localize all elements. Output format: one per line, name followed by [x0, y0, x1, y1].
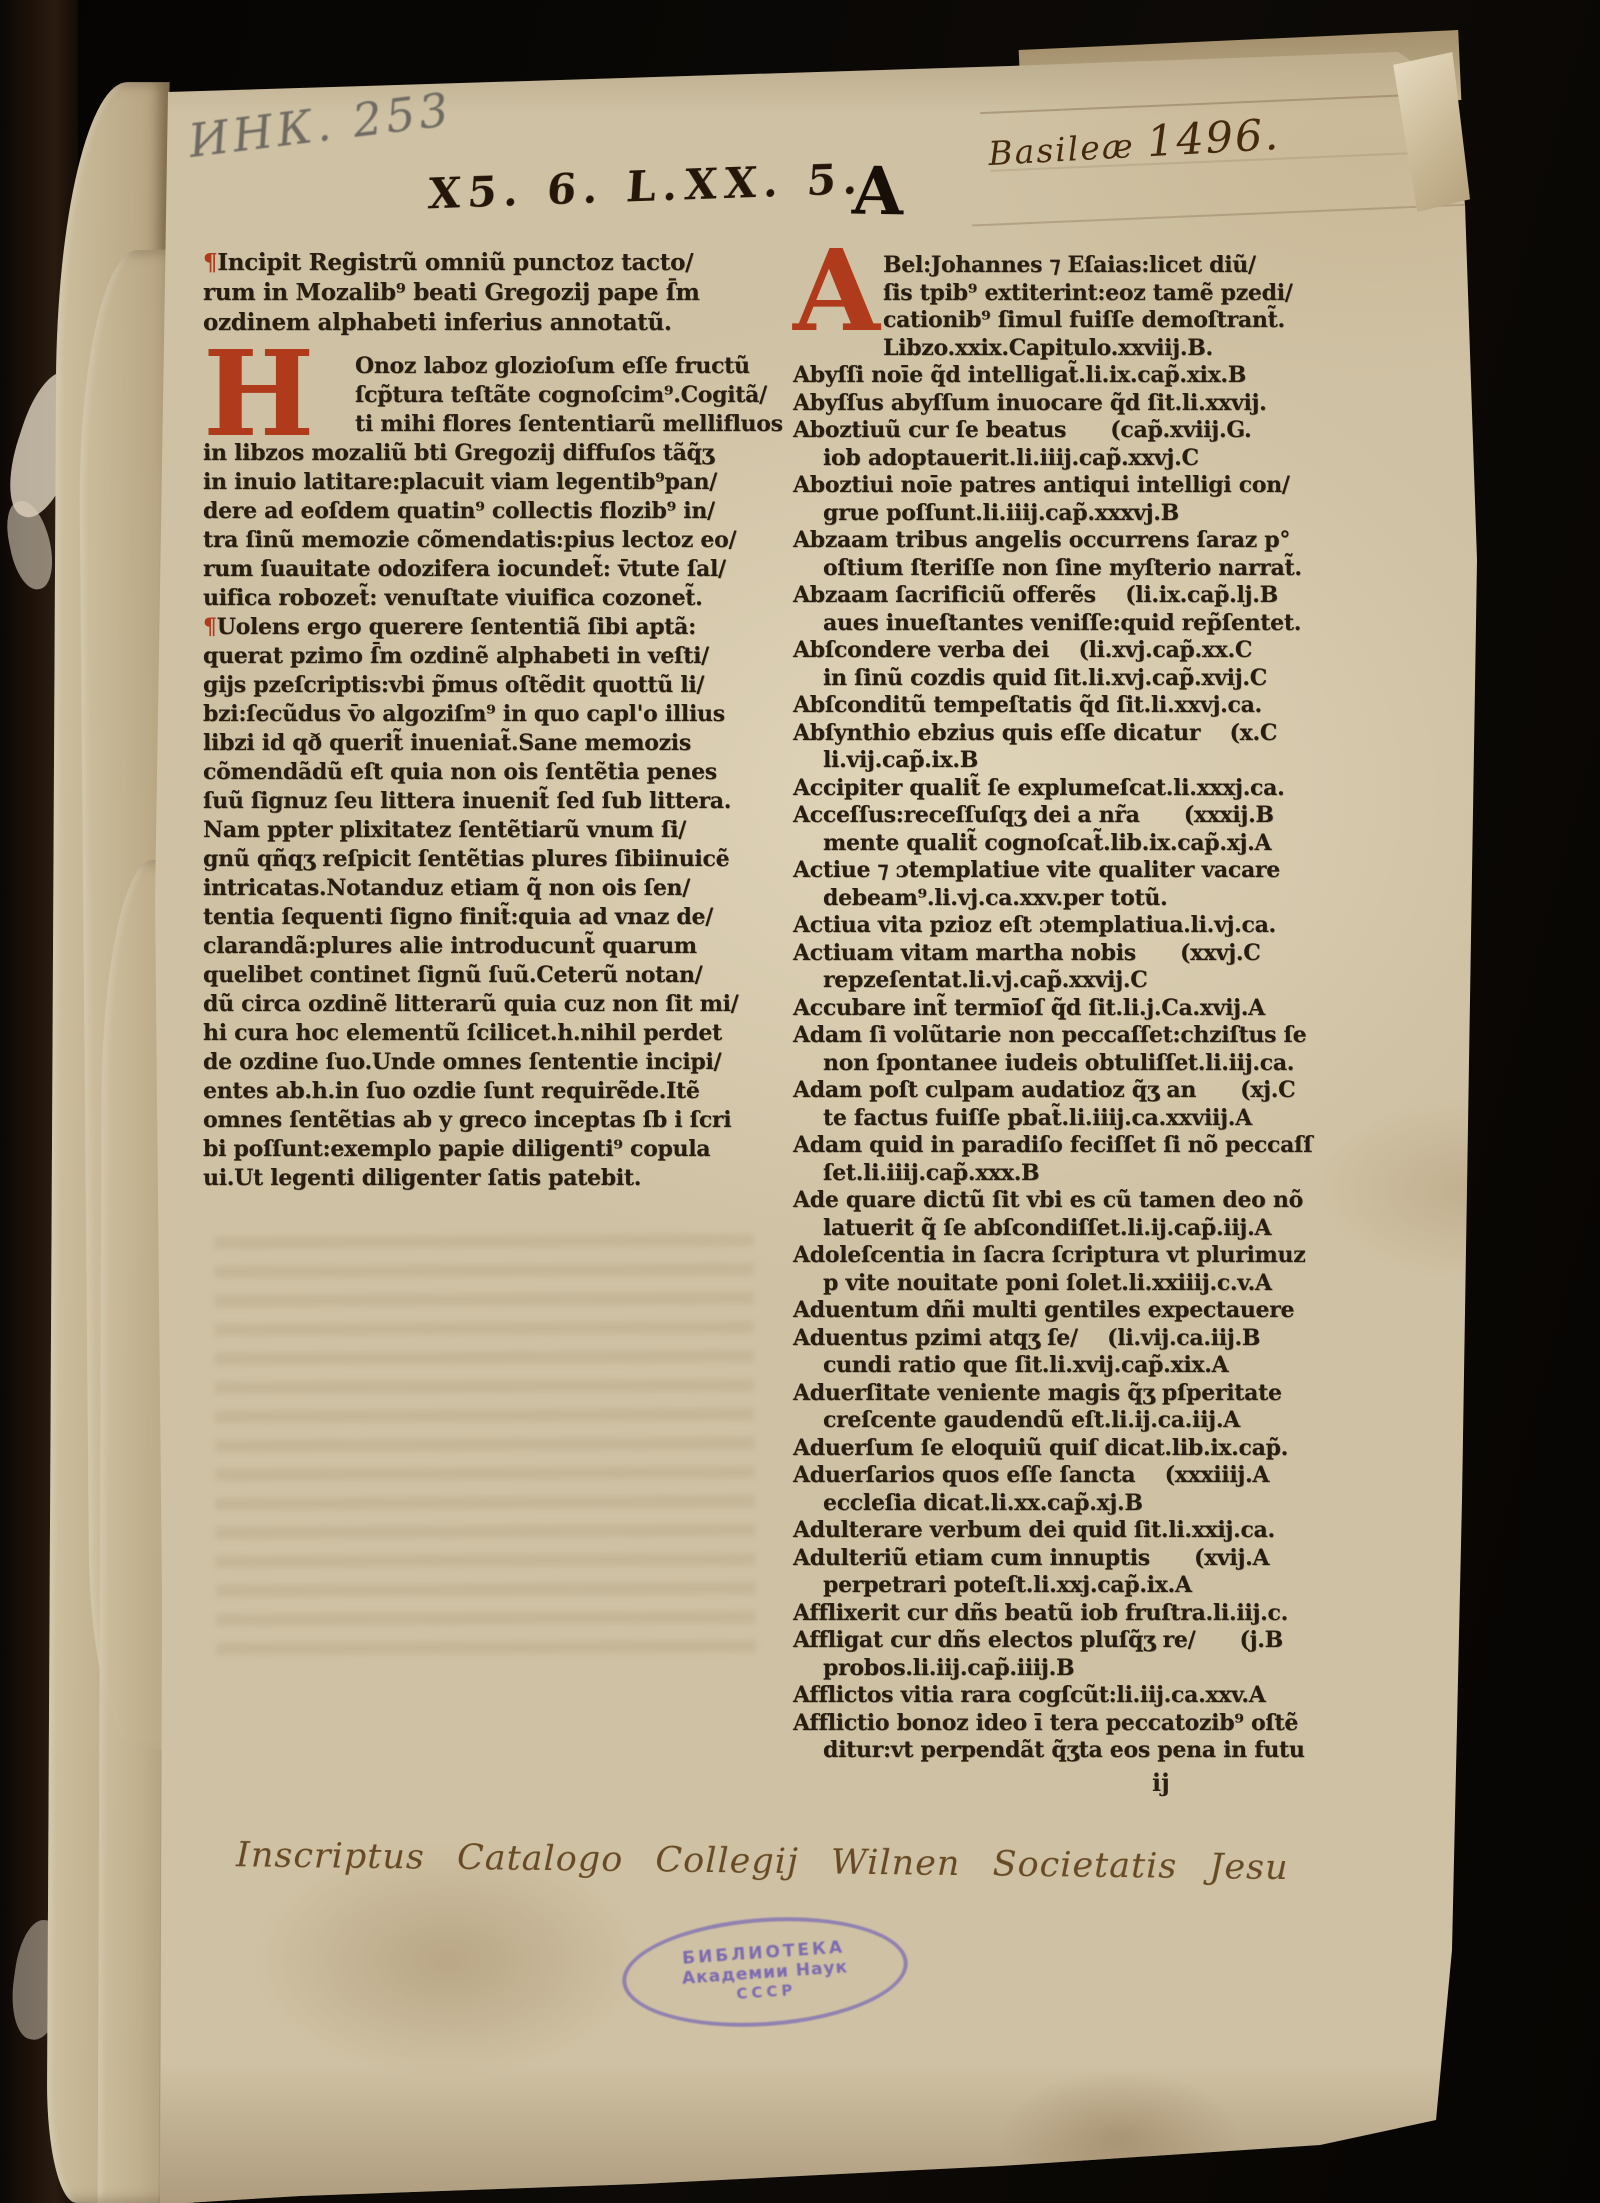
text-line: p vite nouitate poni ſolet.li.xxiiij.c.v… — [793, 1270, 1393, 1298]
text-line: Actiuam vitam martha nobis (xxvj.C — [793, 940, 1393, 968]
text-line: non ſpontanee iudeis obtuliſſet.li.iij.c… — [793, 1050, 1393, 1078]
paper-crease — [972, 204, 1472, 227]
text-line: ui.Ut legenti diligenter ſatis patebit. — [203, 1164, 771, 1193]
text-line: Actiue ⁊ ɔtemplatiue vite qualiter vacar… — [793, 857, 1393, 885]
rubric-paragraph-mark: ¶ — [203, 249, 217, 276]
text-line: Adam poſt culpam audatioz q̃ʒ an (xj.C — [793, 1077, 1393, 1105]
pencil-inventory-number: ИНК. 253 — [186, 82, 455, 168]
text-line: ¶Incipit Registrũ omniũ punctoz tacto/ — [203, 248, 771, 278]
text-line: cationib⁹ ſimul fuiſſe demoſtrant̃. — [793, 307, 1393, 335]
text-line: in inuio latitare:placuit viam legentib⁹… — [203, 468, 771, 497]
text-line: Abzaam tribus angelis occurrens ſaraz p° — [793, 527, 1393, 555]
text-line: Aduerſarios quos eſſe ſancta (xxxiiij.A — [793, 1462, 1393, 1490]
text-line: Aduerſum ſe eloquiũ quiſ dicat.lib.ix.ca… — [793, 1435, 1393, 1463]
rubricated-initial-A: A — [793, 252, 883, 335]
text-line: Abzaam ſacrificiũ offerẽs (li.ix.cap̃.lj… — [793, 582, 1393, 610]
text-line: Afflictio bonoz ideo ī tera peccatozib⁹ … — [793, 1710, 1393, 1738]
prologue-paragraph-1: H Onoz laboz glozioſum eſſe fructũſcp̃tu… — [203, 352, 771, 613]
text-line: probos.li.iij.cap̃.iiij.B — [793, 1655, 1393, 1683]
text-line: in ſinũ cozdis quid ſit.li.xvj.cap̃.xvij… — [793, 665, 1393, 693]
text-line: dũ circa ozdinẽ litterarũ quia cuz non ſ… — [203, 990, 771, 1019]
text-line: Actiua vita pzioz eſt ɔtemplatiua.li.vj.… — [793, 912, 1393, 940]
text-line: ſuũ ſignuz ſeu littera inuenit̃ ſed ſub … — [203, 787, 771, 816]
text-line: de ozdine ſuo.Unde omnes ſententie incip… — [203, 1048, 771, 1077]
text-line: Aboztiuũ cur ſe beatus (cap̃.xviij.G. — [793, 417, 1393, 445]
text-line: gnũ qñqʒ reſpicit ſentẽtias plures ſibii… — [203, 845, 771, 874]
text-line: te factus fuiſſe pbat̃.li.iiij.ca.xxviij… — [793, 1105, 1393, 1133]
text-line: Nam ppter plixitatez ſentẽtiarũ vnum ſi/ — [203, 816, 771, 845]
text-line: Adulteriũ etiam cum innuptis (xvij.A — [793, 1545, 1393, 1573]
text-line: tentia ſequenti ſigno finit̃:quia ad vna… — [203, 903, 771, 932]
text-line: Adam ſi volũtarie non peccaſſet:chziſtus… — [793, 1022, 1393, 1050]
text-line: Accipiter qualit̃ ſe explumeſcat.li.xxxj… — [793, 775, 1393, 803]
text-line: gijs pzeſcriptis:vbi p̃mus oſtẽdit quott… — [203, 671, 771, 700]
text-line: in libzos mozaliũ bti Gregozij diffuſos … — [203, 439, 771, 468]
text-line: Aduerſitate veniente magis q̃ʒ pſperitat… — [793, 1380, 1393, 1408]
text-line: ozdinem alphabeti inferius annotatũ. — [203, 308, 771, 338]
ink-shelfmark: X5. 6. L.XX. 5. — [426, 154, 866, 218]
text-line: Abſynthio ebzius quis eſſe dicatur (x.C — [793, 720, 1393, 748]
stamp-line-3: СССР — [736, 1981, 797, 2003]
text-line: uifica robozet̃: venuſtate viuifica cozo… — [203, 584, 771, 613]
text-line: Adoleſcentia in ſacra ſcriptura vt pluri… — [793, 1242, 1393, 1270]
text-line: Adam quid in paradiſo feciſſet ſi nõ pec… — [793, 1132, 1393, 1160]
text-line: ſis tpib⁹ extiterint:eoz tamẽ pzedi/ — [793, 280, 1393, 308]
paper-crease — [980, 92, 1465, 114]
text-line: Abſconditũ tempeſtatis q̃d ſit.li.xxvj.c… — [793, 692, 1393, 720]
text-line: Abyſſus abyſſum inuocare q̃d ſit.li.xxvi… — [793, 390, 1393, 418]
text-line: debeam⁹.li.vj.ca.xxv.per totũ. — [793, 885, 1393, 913]
register-index-entries: Bel:Johannes ⁊ Eſaias:licet diũ/ſis tpib… — [793, 252, 1393, 1765]
text-line: quelibet continet ſignũ ſuũ.Ceterũ notan… — [203, 961, 771, 990]
text-line: querat pzimo ſ̄m ozdinẽ alphabeti in veſ… — [203, 642, 771, 671]
text-line: Accubare int̃ termīoſ q̃d ſit.li.j.Ca.xv… — [793, 995, 1393, 1023]
text-line: Afflixerit cur dñs beatũ iob fruſtra.li.… — [793, 1600, 1393, 1628]
text-line: Aduentus pzimi atqʒ ſe/ (li.vij.ca.iij.B — [793, 1325, 1393, 1353]
text-line: latuerit q̃ ſe abſcondiſſet.li.ij.cap̃.i… — [793, 1215, 1393, 1243]
left-text-column: ¶Incipit Registrũ omniũ punctoz tacto/ru… — [203, 248, 771, 1193]
text-line: Libzo.xxix.Capitulo.xxviij.B. — [793, 335, 1393, 363]
text-line: eccleſia dicat.li.xx.cap̃.xj.B — [793, 1490, 1393, 1518]
text-line: dere ad eoſdem quatin⁹ collectis flozib⁹… — [203, 497, 771, 526]
text-line: Adulterare verbum dei quid ſit.li.xxij.c… — [793, 1517, 1393, 1545]
text-line: libzi id qð querit̃ inueniat̃.Sane memoz… — [203, 729, 771, 758]
text-line: entes ab.h.in ſuo ozdie ſunt requirẽde.I… — [203, 1077, 771, 1106]
text-line: cundi ratio que ſit.li.xvij.cap̃.xix.A — [793, 1352, 1393, 1380]
text-line: grue poſſunt.li.iiij.cap̃.xxxvj.B — [793, 500, 1393, 528]
text-line: Affligat cur dñs electos pluſq̃ʒ re/ (j.… — [793, 1627, 1393, 1655]
incipit-heading: ¶Incipit Registrũ omniũ punctoz tacto/ru… — [203, 248, 771, 338]
text-line: ditur:vt perpendãt q̃ʒta eos pena in fut… — [793, 1737, 1393, 1765]
text-line: rum ſuauitate odozifera iocundet̃: v̄tut… — [203, 555, 771, 584]
text-line: aues inueſtantes veniſſe:quid rep̃ſentet… — [793, 610, 1393, 638]
text-line: Abſcondere verba dei (li.xvj.cap̃.xx.C — [793, 637, 1393, 665]
imprint-annotation: Basileæ 1496. — [987, 110, 1281, 176]
text-line: Ade quare dictũ ſit vbi es cũ tamen deo … — [793, 1187, 1393, 1215]
jesuit-ownership-inscription: Inscriptus Catalogo Collegij Wilnen Soci… — [236, 1835, 1346, 1889]
text-line: oſtium ſteriſſe non ſine myſterio narrat… — [793, 555, 1393, 583]
right-text-column: A Bel:Johannes ⁊ Eſaias:licet diũ/ſis tp… — [793, 252, 1393, 1765]
text-line: omnes ſentẽtias ab y greco inceptas ſb i… — [203, 1106, 771, 1135]
rubric-paragraph-mark: ¶ — [203, 614, 217, 640]
ink-showthrough — [214, 1234, 756, 1667]
text-line: tra ſinũ memozie cõmendatis:pius lectoz … — [203, 526, 771, 555]
text-line: mente qualit̃ cognoſcat̃.lib.ix.cap̃.xj.… — [793, 830, 1393, 858]
text-line: Aboztiui noīe patres antiqui intelligi c… — [793, 472, 1393, 500]
photograph-of-incunabulum-page: ИНК. 253 X5. 6. L.XX. 5. A Basileæ 1496.… — [0, 0, 1600, 2203]
text-line: li.vij.cap̃.ix.B — [793, 747, 1393, 775]
text-line: Afflictos vitia rara cogſcũt:li.iij.ca.x… — [793, 1682, 1393, 1710]
text-line: iob adoptauerit.li.iiij.cap̃.xxvj.C — [793, 445, 1393, 473]
text-line: perpetrari poteſt.li.xxj.cap̃.ix.A — [793, 1572, 1393, 1600]
text-line: ¶Uolens ergo querere ſententiã ſibi aptã… — [203, 613, 771, 642]
prologue-paragraph-2: ¶Uolens ergo querere ſententiã ſibi aptã… — [203, 613, 771, 1193]
parchment-page: ИНК. 253 X5. 6. L.XX. 5. A Basileæ 1496.… — [0, 0, 1600, 2203]
quire-signature-letter: A — [851, 152, 904, 231]
leaf-signature-mark: ij — [1152, 1768, 1170, 1797]
imprint-place: Basileæ — [987, 125, 1148, 173]
text-line: cõmendãdũ eſt quia non ois ſentẽtia pene… — [203, 758, 771, 787]
imprint-year: 1496. — [1146, 110, 1282, 167]
text-line: bzi:ſecũdus v̄o algoziſm⁹ in quo capl'o … — [203, 700, 771, 729]
rubricated-initial-H: H — [203, 352, 355, 439]
text-line: clarandã:plures alie introducunt̃ quarum — [203, 932, 771, 961]
text-line: creſcente gaudendũ eſt.li.ij.ca.iij.A — [793, 1407, 1393, 1435]
text-line: rum in Mozalib⁹ beati Gregozij pape ſ̄m — [203, 278, 771, 308]
text-line: Aduentum dñi multi gentiles expectauere — [793, 1297, 1393, 1325]
text-line: bi poſſunt:exemplo papie diligenti⁹ copu… — [203, 1135, 771, 1164]
library-oval-stamp: БИБЛИОТЕКА Академии Наук СССР — [619, 1908, 912, 2036]
text-line: ſet.li.iiij.cap̃.xxx.B — [793, 1160, 1393, 1188]
text-line: repzeſentat.li.vj.cap̃.xxvij.C — [793, 967, 1393, 995]
text-line: hi cura hoc elementũ ſcilicet.h.nihil pe… — [203, 1019, 771, 1048]
text-line: intricatas.Notanduz etiam q̃ non ois ſen… — [203, 874, 771, 903]
text-line: Bel:Johannes ⁊ Eſaias:licet diũ/ — [793, 252, 1393, 280]
text-line: Acceſſus:receſſuſqʒ dei a nr̃a (xxxij.B — [793, 802, 1393, 830]
text-line: Abyſſi noīe q̃d intelligat̃.li.ix.cap̃.x… — [793, 362, 1393, 390]
